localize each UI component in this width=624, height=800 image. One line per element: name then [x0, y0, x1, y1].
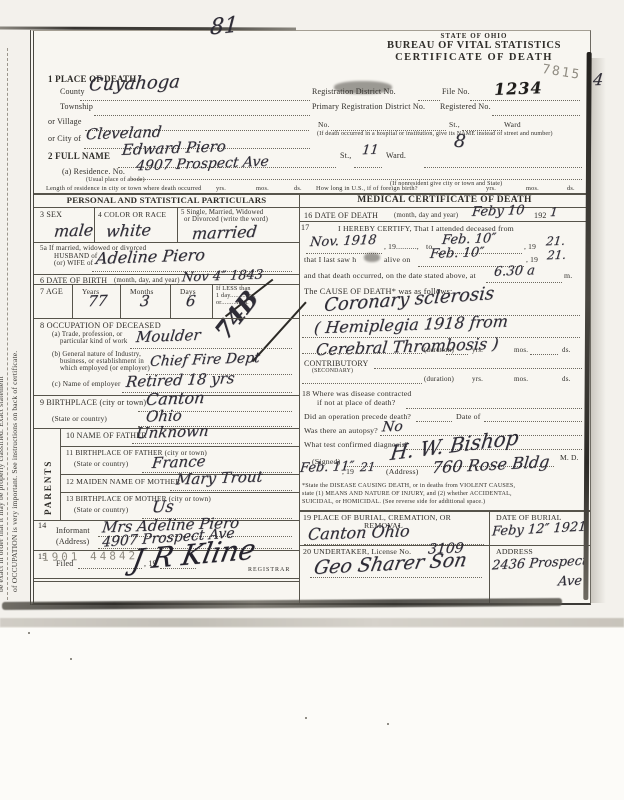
yrs-label: yrs. — [216, 186, 226, 192]
last-saw-label: that I last saw h — [304, 256, 356, 264]
registrar-label: REGISTRAR — [248, 567, 290, 573]
disease-contracted-sublabel: if not at place of death? — [317, 399, 395, 407]
mother-birthplace-label: 13 BIRTHPLACE OF MOTHER (city or town) — [66, 496, 211, 503]
father-birthplace-state-label: (State or country) — [74, 461, 128, 468]
informant-address-label: (Address) — [56, 538, 89, 546]
county-label: County — [60, 88, 85, 96]
scanned-death-certificate-page: 81 4 be exact in order that it may be pr… — [0, 0, 624, 800]
date-of-death-value: Feby 10 — [471, 204, 525, 219]
row-rule — [34, 318, 299, 319]
item-17-number: 17 — [301, 224, 309, 232]
disease-contracted-rule — [406, 407, 582, 409]
scan-edge-shadow — [590, 58, 606, 603]
mother-birthplace-value: Us — [151, 499, 174, 516]
street-no-label: No. — [318, 121, 330, 129]
operation-date-rule — [484, 420, 582, 422]
mother-birthplace-state-label: (State or country) — [74, 507, 128, 514]
duration-mos-label: mos. — [514, 347, 528, 354]
burial-table-top-rule — [299, 510, 590, 512]
to-year-label: , 19 — [524, 243, 536, 251]
age-months-value: 3 — [139, 294, 150, 309]
scan-blank-area — [0, 628, 624, 800]
md-label: M. D. — [560, 454, 579, 462]
duration-yrs-label-2: yrs. — [472, 376, 483, 383]
corner-mark-handwritten: 4 — [592, 72, 604, 88]
row-rule — [34, 284, 299, 285]
full-name-heading: 2 FULL NAME — [48, 152, 110, 161]
length-residence-label: Length of residence in city or town wher… — [46, 186, 201, 192]
color-race-label: 4 COLOR OR RACE — [98, 211, 166, 219]
time-of-death-value: 6.30 a — [493, 264, 535, 278]
autopsy-value: No — [381, 420, 403, 435]
scan-speck — [305, 717, 307, 719]
certificate-title: CERTIFICATE OF DEATH — [344, 53, 604, 64]
autopsy-label: Was there an autopsy? — [304, 427, 378, 435]
name-street-label: St., — [340, 152, 351, 160]
duration-yrs-label: yrs. — [472, 347, 483, 354]
registration-district-rule — [418, 99, 440, 101]
row-rule — [34, 242, 299, 243]
signature-address-label: (Address) — [386, 468, 419, 476]
attended-from-value: Nov. 1918 — [309, 234, 377, 249]
ward-label: Ward — [504, 121, 521, 129]
race-value: white — [105, 222, 152, 240]
burial-date-value: Feby 12″ 1921 — [491, 520, 586, 538]
undertaker-address-line1: 2436 Prospect — [491, 554, 587, 572]
age-col-divider — [72, 284, 73, 318]
employer-label: (c) Name of employer — [52, 380, 121, 387]
mother-maiden-rule — [170, 489, 292, 491]
mother-maiden-value: Mary Trout — [175, 469, 263, 487]
duration-mos-label-2: mos. — [514, 376, 528, 383]
date-of-death-year: 1 — [549, 206, 558, 218]
primary-registration-label: Primary Registration District No. — [312, 103, 425, 111]
left-column-bottom-rule — [34, 578, 299, 579]
mos-label: mos. — [256, 186, 269, 192]
duration-label-2: (duration) — [424, 376, 454, 383]
age-days-value: 6 — [185, 294, 196, 309]
village-label: or Village — [48, 118, 82, 126]
row-rule — [299, 221, 590, 222]
secondary-label: (SECONDARY) — [312, 369, 353, 375]
age-label: 7 AGE — [40, 288, 63, 296]
yrs-label: yrs. — [486, 186, 496, 192]
ward-number-value: 11 — [361, 144, 379, 158]
column-divider — [299, 193, 300, 603]
age-col-divider — [170, 284, 171, 318]
filed-label: Filed — [56, 560, 73, 568]
marital-value: married — [191, 224, 257, 242]
registered-number-value: 1234 — [494, 80, 543, 98]
stray-mark-handwritten: 8 — [453, 132, 466, 151]
county-rule — [80, 99, 310, 101]
birth-state-label: (State or country) — [52, 415, 107, 422]
duration-ds-label-2: ds. — [562, 376, 571, 383]
alive-year-value: 21. — [546, 249, 566, 262]
occupation-value: Moulder — [135, 328, 201, 345]
page-number-handwritten: 81 — [209, 14, 238, 39]
street-label: St., — [449, 121, 460, 129]
registered-no-label: Registered No. — [440, 103, 491, 111]
contributory-label: CONTRIBUTORY — [304, 360, 368, 368]
cause-detail-line1: ( Hemiplegia 1918 from — [313, 314, 509, 337]
hospital-note: (If death occurred in a hospital or inst… — [317, 131, 553, 137]
race-marital-divider — [177, 207, 178, 242]
alive-on-label: alive on — [384, 256, 411, 264]
scan-speck — [70, 658, 72, 660]
how-long-us-label: How long in U.S., if of foreign birth? — [316, 186, 418, 192]
date-of-birth-value: Nov 4″ 1843 — [181, 269, 263, 285]
row-rule — [60, 446, 299, 447]
cause-rule-3 — [302, 352, 422, 354]
footnote-line1: *State the DISEASE CAUSING DEATH, or in … — [302, 483, 515, 489]
name-ward-label: Ward. — [386, 152, 406, 160]
contributory-rule-2 — [302, 382, 422, 384]
duration-ds-label: ds. — [562, 347, 571, 354]
father-name-value: Unknown — [135, 424, 209, 442]
age-col-divider — [120, 284, 121, 318]
burial-place-value: Canton Ohio — [307, 523, 410, 543]
bureau-heading: BUREAU OF VITAL STATISTICS — [344, 41, 604, 52]
ink-blot — [364, 253, 380, 262]
operation-rule — [416, 420, 452, 422]
undertaker-rule — [310, 576, 482, 578]
scan-gray-band — [0, 618, 624, 627]
certificate-form: STATE OF OHIO BUREAU OF VITAL STATISTICS… — [30, 30, 591, 605]
scan-speck — [387, 723, 389, 725]
ds-label: ds. — [294, 186, 302, 192]
duration-rule — [530, 353, 558, 355]
father-name-rule — [132, 442, 292, 444]
trade-label-line2: particular kind of work — [60, 339, 127, 346]
sex-race-divider — [94, 207, 95, 242]
burial-table-divider — [489, 510, 490, 603]
age-col-divider — [212, 284, 213, 318]
spouse-value: Adeline Piero — [95, 247, 206, 267]
personal-particulars-heading: PERSONAL AND STATISTICAL PARTICULARS — [34, 196, 299, 205]
residence-label: (a) Residence. No. — [62, 168, 125, 176]
death-occurred-label: and that death occurred, on the date sta… — [304, 272, 476, 280]
sex-label: 3 SEX — [40, 211, 62, 219]
date-of-death-label: 16 DATE OF DEATH — [304, 212, 378, 220]
date-of-death-sublabel: (month, day and year) — [394, 213, 458, 220]
industry-value: Chief Fire Dept — [149, 351, 260, 369]
margin-instruction-line-2: of OCCUPATION is very important. See ins… — [11, 351, 19, 592]
signature-year-label: , 19 — [342, 468, 354, 476]
county-value: Cuyahoga — [88, 73, 181, 94]
informant-label: Informant — [56, 527, 90, 535]
footnote-line3: SUICIDAL, or HOMICIDAL. (See reverse sid… — [302, 499, 485, 505]
mos-label: mos. — [526, 186, 539, 192]
ds-label: ds. — [567, 186, 575, 192]
meridiem-label: m. — [564, 272, 572, 280]
margin-dashed-rule — [7, 48, 8, 600]
disease-contracted-label: 18 Where was disease contracted — [302, 390, 412, 398]
alive-on-value: Feb. 10″ — [429, 246, 484, 261]
residence-value: 4907 Prospect Ave — [135, 155, 269, 174]
employer-value: Retired 18 yrs — [125, 371, 235, 390]
row-rule — [60, 492, 299, 493]
occupation-rule — [130, 347, 292, 349]
name-street-rule — [354, 166, 382, 168]
sex-value: male — [53, 222, 94, 239]
item-14-number: 14 — [38, 522, 46, 530]
medical-certificate-heading: MEDICAL CERTIFICATE OF DEATH — [299, 196, 590, 206]
contributory-rule — [374, 367, 582, 369]
signature-year-value: 21 — [359, 461, 376, 474]
operation-date-label: Date of — [456, 413, 481, 421]
township-rule — [94, 114, 310, 116]
margin-instruction-line-1: be exact in order that it may be properl… — [0, 376, 5, 592]
file-number-stamp: 7815 — [541, 62, 582, 83]
parents-section-label: PARENTS — [44, 460, 53, 515]
file-no-rule — [470, 99, 580, 101]
age-years-value: 77 — [87, 294, 108, 310]
birthplace-value: Canton — [145, 390, 205, 408]
from-year-label: , 19.........., — [384, 243, 419, 251]
undertaker-address-label: ADDRESS — [496, 548, 533, 556]
registered-no-rule — [492, 114, 580, 116]
scan-speck — [28, 632, 30, 634]
father-birthplace-value: France — [151, 454, 206, 471]
registrar-signature: J R Kline — [129, 535, 258, 574]
file-no-label: File No. — [442, 88, 470, 96]
residence-rule — [132, 178, 582, 180]
registration-district-label: Registration District No. — [312, 88, 396, 96]
footnote-line2: state (1) MEANS AND NATURE OF INJURY, an… — [302, 491, 512, 497]
wife-of-label: (or) WIFE of — [54, 260, 93, 267]
undertaker-address-line2: Ave — [557, 575, 582, 589]
city-label: or City of — [48, 135, 81, 143]
mother-maiden-label: 12 MAIDEN NAME OF MOTHER — [66, 478, 181, 486]
ward-line-rule — [424, 166, 582, 168]
township-label: Township — [60, 103, 93, 111]
undertaker-signature: Geo Sharer Son — [312, 551, 468, 578]
printed-192: 192 — [534, 212, 547, 220]
birthplace-label: 9 BIRTHPLACE (city or town) — [40, 399, 146, 407]
duration-rule — [446, 353, 468, 355]
attended-to-year: 21. — [545, 235, 565, 248]
state-heading: STATE OF OHIO — [364, 33, 584, 40]
time-rule — [486, 281, 562, 283]
left-column-bottom-rule-2 — [34, 581, 299, 582]
